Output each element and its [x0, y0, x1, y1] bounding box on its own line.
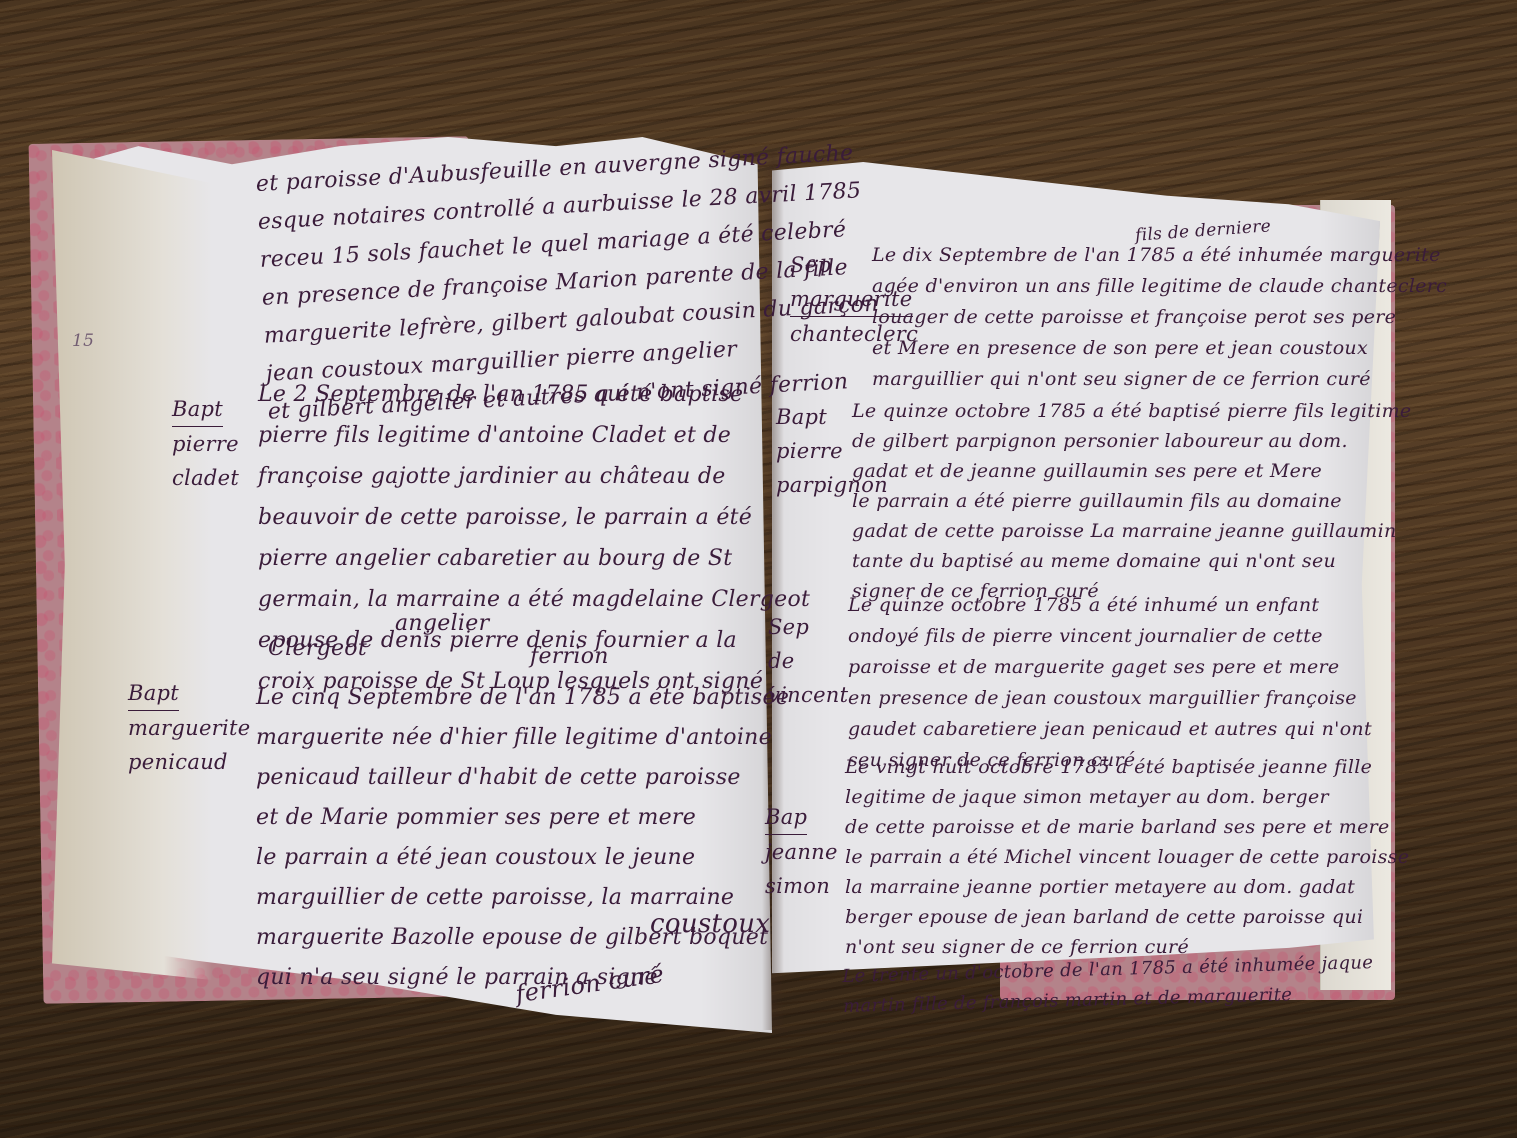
page-fragment-note: 15	[72, 322, 94, 360]
entry-line: germain, la marraine a été magdelaine Cl…	[258, 579, 810, 620]
entry-line: Le cinq Septembre de l'an 1785 a été bap…	[256, 678, 789, 718]
entry-line: paroisse et de marguerite gaget ses pere…	[848, 652, 1372, 683]
margin-note-bapt-marguerite-penicaud: Bapt marguerite penicaud	[128, 676, 251, 779]
entry-line: legitime de jaque simon metayer au dom. …	[845, 782, 1409, 812]
entry-line: Le vingt huit octobre 1785 a été baptisé…	[845, 752, 1409, 782]
entry-line: le parrain a été pierre guillaumin fils …	[852, 486, 1411, 516]
entry-line: gadat de cette paroisse La marraine jean…	[852, 516, 1411, 546]
signature-angelier: angelier	[395, 605, 489, 643]
entry-line: le parrain a été jean coustoux le jeune	[256, 838, 789, 878]
entry-line: louager de cette paroisse et françoise p…	[872, 302, 1447, 333]
entry-line: en presence de jean coustoux marguillier…	[848, 683, 1372, 714]
left-page-frayed-edge	[52, 150, 212, 980]
entry-line: gadat et de jeanne guillaumin ses pere e…	[852, 456, 1411, 486]
entry-bapt-jeanne-simon: Le vingt huit octobre 1785 a été baptisé…	[845, 752, 1409, 962]
entry-line: françoise gajotte jardinier au château d…	[258, 456, 810, 497]
entry-line: et Mere en presence de son pere et jean …	[872, 333, 1447, 364]
entry-line: Le quinze octobre 1785 a été baptisé pie…	[852, 396, 1411, 426]
signature-coustoux: coustoux	[650, 905, 770, 943]
entry-line: le parrain a été Michel vincent louager …	[845, 842, 1409, 872]
entry-line: gaudet cabaretiere jean penicaud et autr…	[848, 714, 1372, 745]
entry-line: Le dix Septembre de l'an 1785 a été inhu…	[872, 240, 1447, 271]
entry-line: de cette paroisse et de marie barland se…	[845, 812, 1409, 842]
entry-line: et de Marie pommier ses pere et mere	[256, 798, 789, 838]
entry-bapt-marguerite-penicaud: Le cinq Septembre de l'an 1785 a été bap…	[256, 678, 789, 998]
margin-note-bap-jeanne-simon: Bap jeanne simon	[765, 800, 838, 903]
entry-line: agée d'environ un ans fille legitime de …	[872, 271, 1447, 302]
signature-clergeot: Clergeot	[268, 630, 367, 668]
entry-burial-vincent-child: Le quinze octobre 1785 a été inhumé un e…	[848, 590, 1372, 776]
margin-note-bapt-pierre-cladet: Bapt pierre cladet	[172, 392, 239, 495]
margin-note-sep-vincent: Sep de vincent	[768, 610, 848, 712]
entry-line: pierre fils legitime d'antoine Cladet et…	[258, 415, 810, 456]
entry-line: marguillier qui n'ont seu signer de ce f…	[872, 364, 1447, 395]
entry-line: Le quinze octobre 1785 a été inhumé un e…	[848, 590, 1372, 621]
entry-line: berger epouse de jean barland de cette p…	[845, 902, 1409, 932]
entry-line: penicaud tailleur d'habit de cette paroi…	[256, 758, 789, 798]
entry-burial-marguerite-chanteclerc: Le dix Septembre de l'an 1785 a été inhu…	[872, 240, 1447, 395]
entry-bapt-pierre-parpignon: Le quinze octobre 1785 a été baptisé pie…	[852, 396, 1411, 606]
entry-line: la marraine jeanne portier metayere au d…	[845, 872, 1409, 902]
entry-line: tante du baptisé au meme domaine qui n'o…	[852, 546, 1411, 576]
signature-ferrion: ferrion	[530, 638, 609, 676]
entry-line: ondoyé fils de pierre vincent journalier…	[848, 621, 1372, 652]
entry-line: de gilbert parpignon personier laboureur…	[852, 426, 1411, 456]
entry-line: pierre angelier cabaretier au bourg de S…	[258, 538, 810, 579]
entry-line: beauvoir de cette paroisse, le parrain a…	[258, 497, 810, 538]
entry-line: marguerite née d'hier fille legitime d'a…	[256, 718, 789, 758]
entry-line: Le 2 Septembre de l'an 1785 a été baptis…	[258, 374, 810, 415]
